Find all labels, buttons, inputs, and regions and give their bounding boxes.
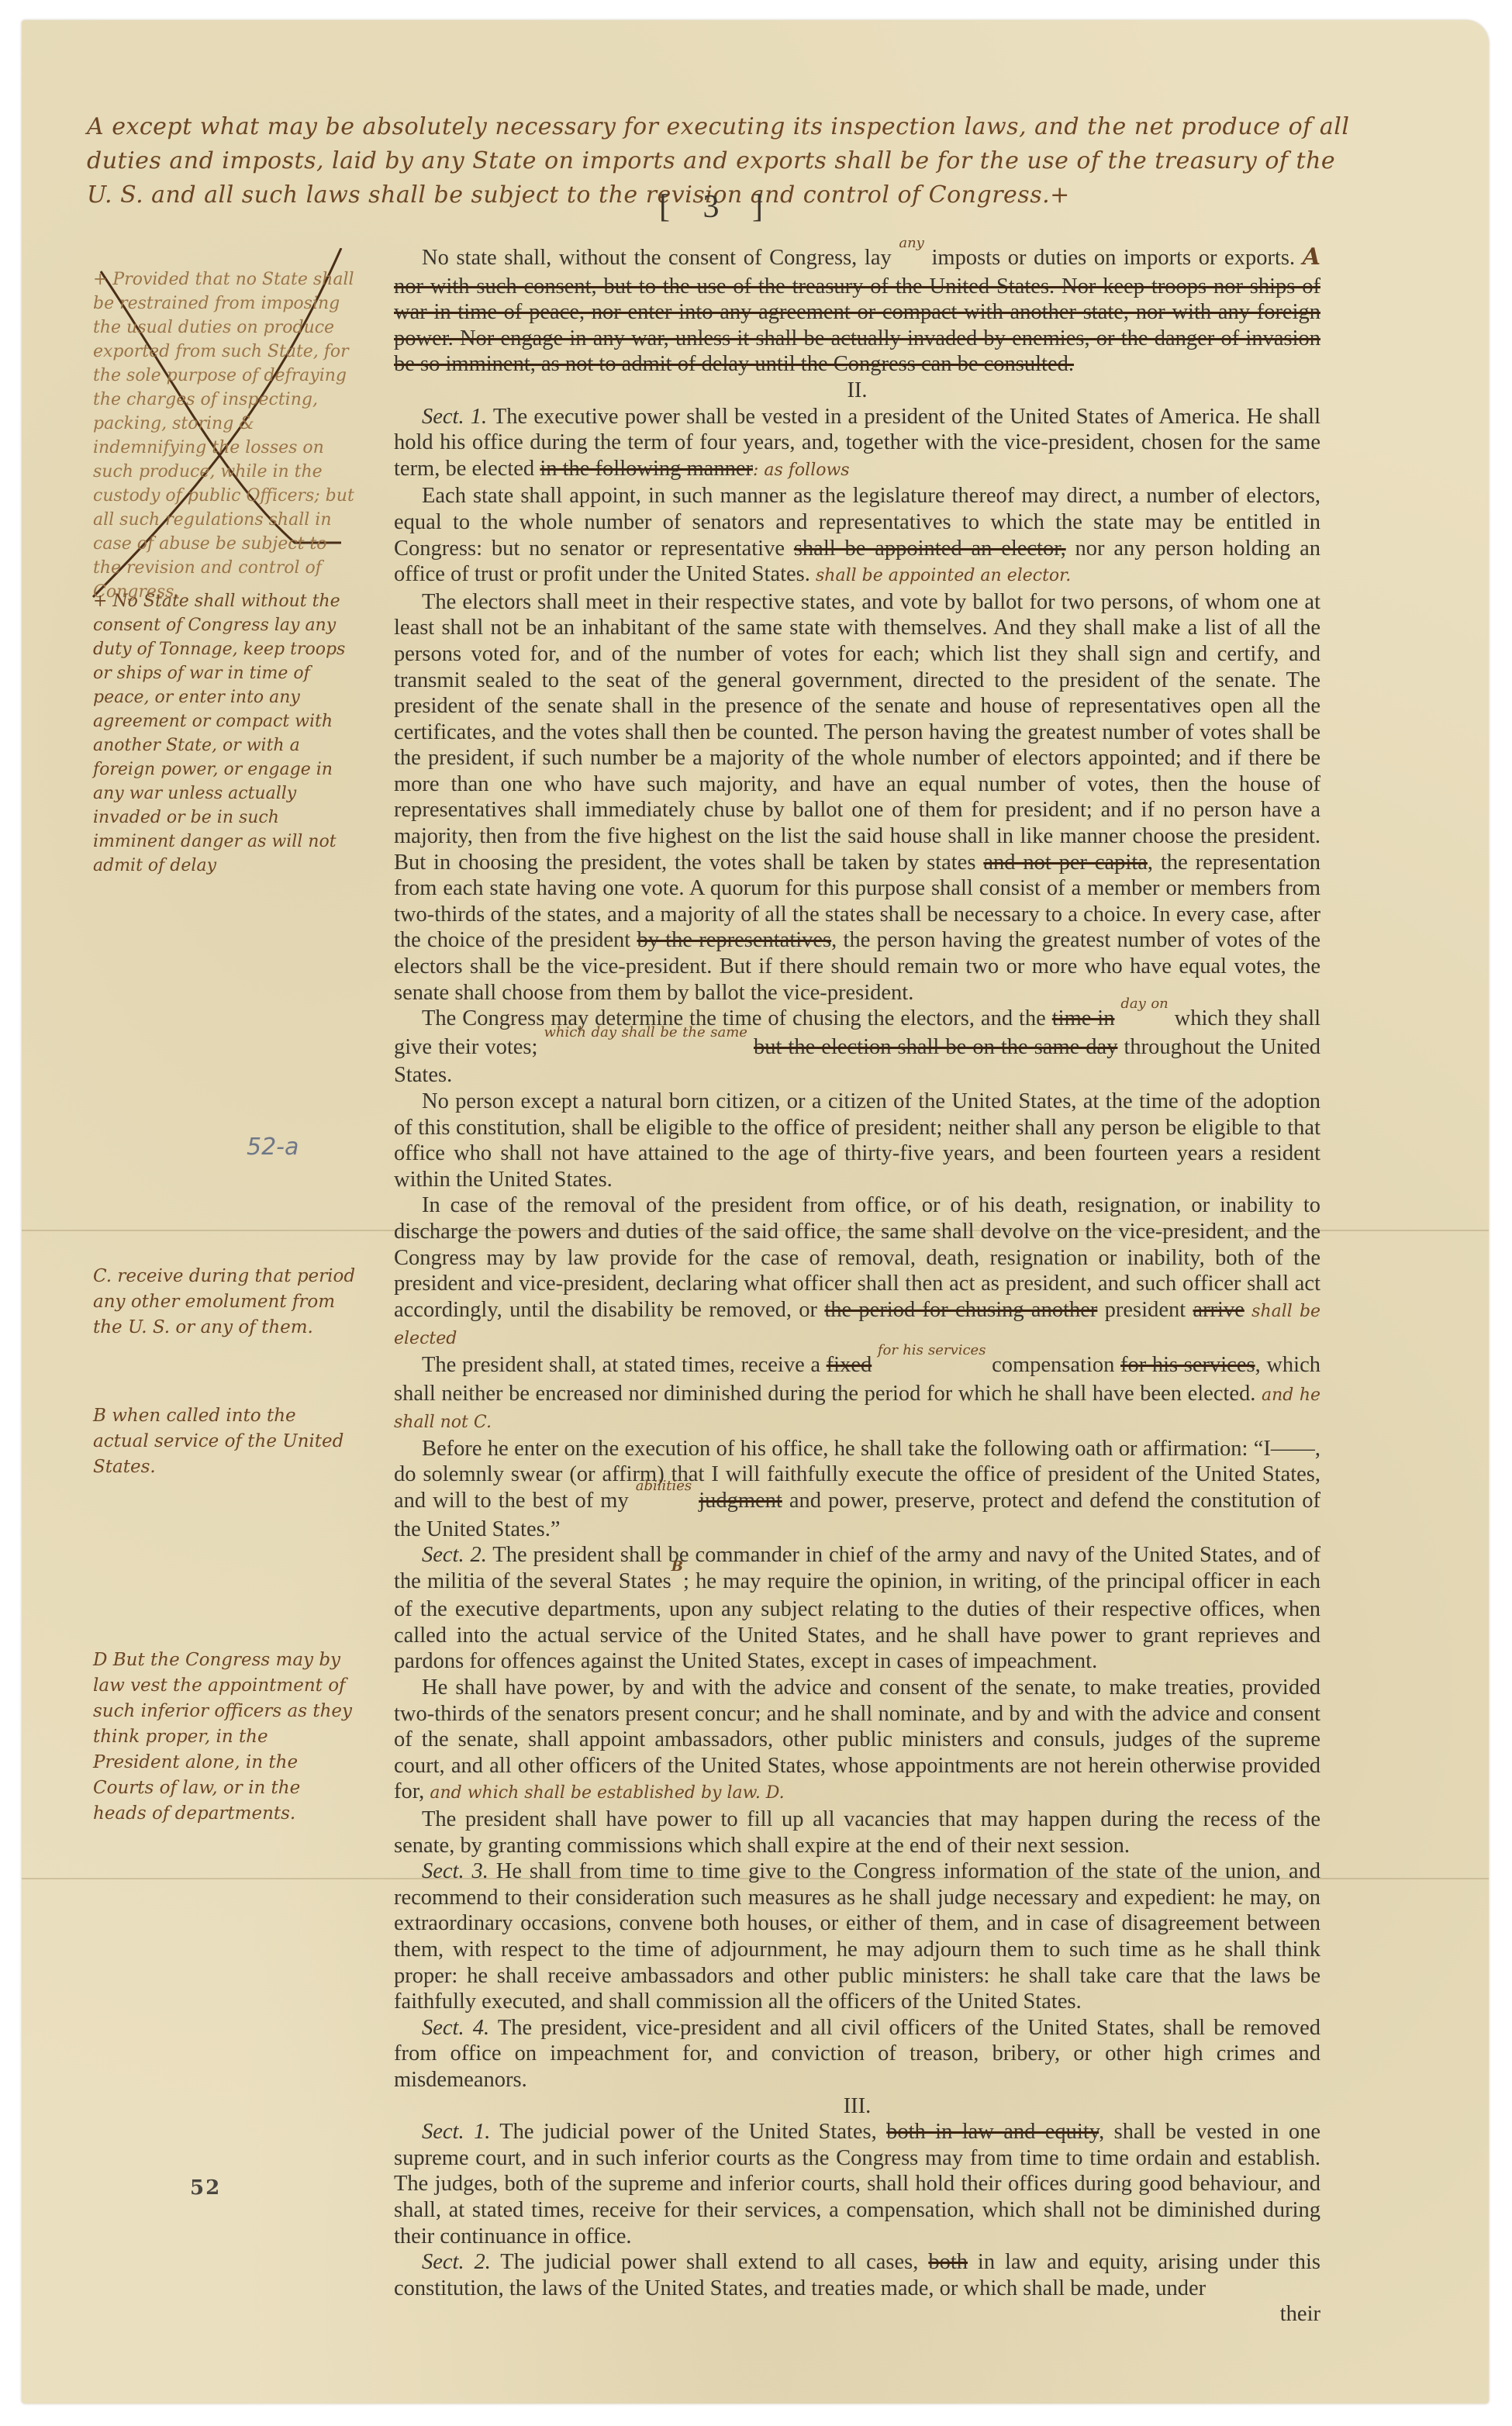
paragraph-electors-appoint: Each state shall appoint, in such manner… [394,483,1320,588]
paragraph-sect-3: Sect. 3. He shall from time to time give… [394,1858,1320,2015]
paragraph-sect-2: Sect. 2. The president shall be commande… [394,1542,1320,1675]
paragraph-treaties: He shall have power, by and with the adv… [394,1675,1320,1807]
margin-note-d: D But the Congress may by law vest the a… [93,1648,357,1827]
folio-number: 52 [190,2176,221,2200]
margin-note-no-state: + No State shall without the consent of … [93,589,357,878]
paragraph-removal: In case of the removal of the president … [394,1192,1320,1352]
pencil-label: 52-a [247,1134,299,1161]
article-heading-iii: III. [394,2093,1320,2120]
struck-text: nor with such consent, but to the use of… [394,274,1320,377]
insertion-any: any [899,235,924,251]
paragraph-oath: Before he enter on the execution of his … [394,1436,1320,1542]
paragraph-iii-sect-2: Sect. 2. The judicial power shall extend… [394,2249,1320,2301]
paragraph-vacancies: The president shall have power to fill u… [394,1807,1320,1858]
catchword: their [394,2301,1320,2328]
paragraph-election-time: The Congress may determine the time of c… [394,1006,1320,1089]
paragraph-iii-sect-1: Sect. 1. The judicial power of the Unite… [394,2119,1320,2249]
paragraph-eligibility: No person except a natural born citizen,… [394,1089,1320,1192]
paragraph-sect-1: Sect. 1. The executive power shall be ve… [394,404,1320,484]
paragraph-compensation: The president shall, at stated times, re… [394,1352,1320,1436]
margin-note-b: B when called into the actual service of… [93,1403,357,1480]
paragraph-no-state: No state shall, without the consent of C… [394,244,1320,378]
insertion-mark-a: A [1303,243,1320,271]
article-heading-ii: II. [394,378,1320,404]
paragraph-sect-4: Sect. 4. The president, vice-president a… [394,2015,1320,2093]
paragraph-electors-vote: The electors shall meet in their respect… [394,589,1320,1006]
page-marker: [ 3 ] [659,188,775,226]
margin-note-proviso: + Provided that no State shall be restra… [93,267,357,604]
printed-text-body: No state shall, without the consent of C… [394,244,1320,2328]
margin-note-c: C. receive during that period any other … [93,1264,357,1341]
